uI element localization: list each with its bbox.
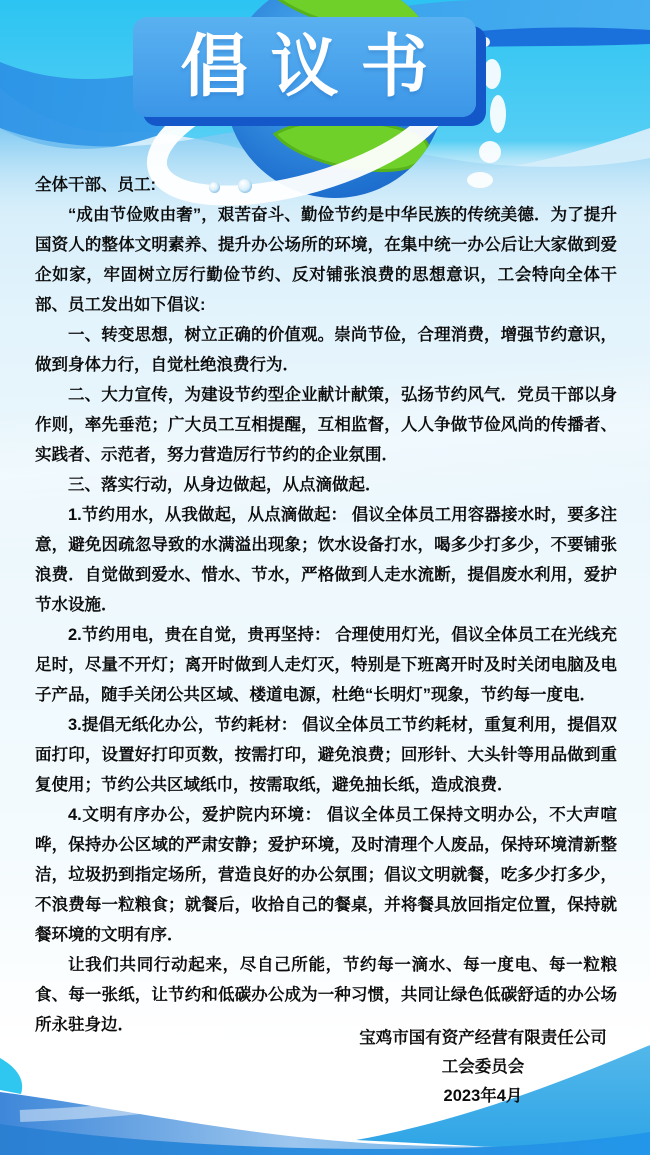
initiative-2: 二、大力宣传，为建设节约型企业献计献策，弘扬节约风气．党员干部以身作则，率先垂范… [35,380,617,470]
initiative-3: 三、落实行动，从身边做起，从点滴做起． [35,470,617,500]
proposal-body: 全体干部、员工: “成由节俭败由奢”，艰苦奋斗、勤俭节约是中华民族的传统美德．为… [35,170,617,1040]
signature-block: 宝鸡市国有资产经营有限责任公司 工会委员会 2023年4月 [352,1024,614,1111]
action-civilized-office: 4.文明有序办公，爱护院内环境： 倡议全体员工保持文明办公，不大声喧哗，保持办公… [35,800,617,950]
signature-date: 2023年4月 [352,1082,614,1111]
action-save-electricity: 2.节约用电，贵在自觉，贵再坚持： 合理使用灯光，倡议全体员工在光线充足时，尽量… [35,620,617,710]
signature-company: 宝鸡市国有资产经营有限责任公司 [352,1024,614,1053]
initiative-1: 一、转变思想，树立正确的价值观。崇尚节俭，合理消费，增强节约意识，做到身体力行，… [35,320,617,380]
signature-committee: 工会委员会 [352,1053,614,1082]
proposal-poster: 倡议书 全体干部、员工: “成由节俭败由奢”，艰苦奋斗、勤俭节约是中华民族的传统… [0,0,650,1155]
poster-title: 倡议书 [158,33,450,101]
action-save-water: 1.节约用水，从我做起，从点滴做起： 倡议全体员工用容器接水时，要多注意，避免因… [35,500,617,620]
intro-paragraph: “成由节俭败由奢”，艰苦奋斗、勤俭节约是中华民族的传统美德．为了提升国资人的整体… [35,200,617,320]
title-banner: 倡议书 [133,17,476,117]
action-paperless-office: 3.提倡无纸化办公，节约耗材： 倡议全体员工节约耗材，重复利用，提倡双面打印，设… [35,710,617,800]
salutation: 全体干部、员工: [35,170,617,200]
